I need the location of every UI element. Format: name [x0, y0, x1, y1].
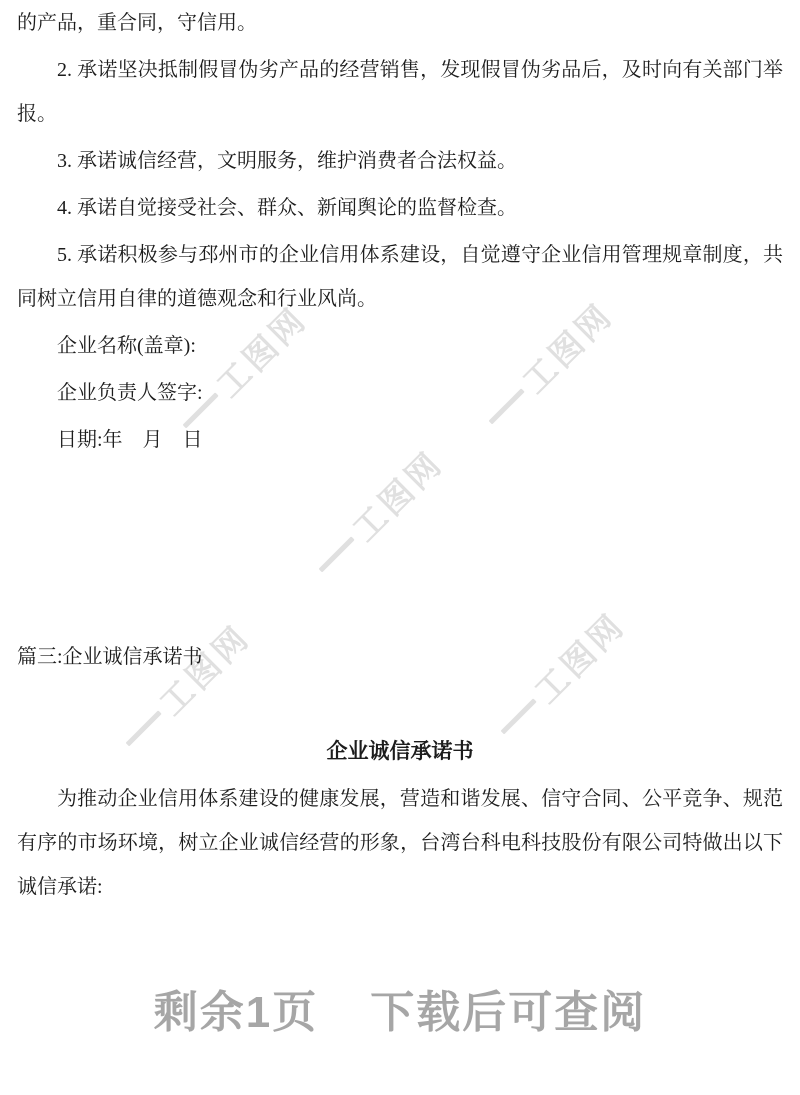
remaining-pages-text: 剩余1页	[154, 985, 318, 1041]
signature-representative-line: 企业负责人签字:	[17, 371, 783, 415]
signature-date-line: 日期:年 月 日	[17, 418, 783, 462]
pledge-item-5: 5. 承诺积极参与邳州市的企业信用体系建设，自觉遵守企业信用管理规章制度，共同树…	[17, 233, 783, 321]
pledge-item-2: 2. 承诺坚决抵制假冒伪劣产品的经营销售，发现假冒伪劣品后，及时向有关部门举报。	[17, 48, 783, 136]
section-label: 篇三:企业诚信承诺书	[17, 635, 783, 679]
section-intro-paragraph: 为推动企业信用体系建设的健康发展，营造和谐发展、信守合同、公平竞争、规范有序的市…	[17, 777, 783, 909]
pledge-item-3: 3. 承诺诚信经营，文明服务，维护消费者合法权益。	[17, 139, 783, 183]
document-page: 工图网工图网工图网工图网工图网 的产品，重合同，守信用。 2. 承诺坚决抵制假冒…	[0, 0, 800, 1095]
download-hint-text: 下载后可查阅	[370, 985, 646, 1041]
blank-space	[17, 465, 783, 635]
pledge-item-4: 4. 承诺自觉接受社会、群众、新闻舆论的监督检查。	[17, 186, 783, 230]
section-title: 企业诚信承诺书	[17, 729, 783, 773]
preview-footer: 剩余1页 下载后可查阅	[17, 985, 783, 1041]
paragraph-intro-tail: 的产品，重合同，守信用。	[17, 1, 783, 45]
signature-company-name-line: 企业名称(盖章):	[17, 324, 783, 368]
document-content: 的产品，重合同，守信用。 2. 承诺坚决抵制假冒伪劣产品的经营销售，发现假冒伪劣…	[0, 0, 800, 1041]
